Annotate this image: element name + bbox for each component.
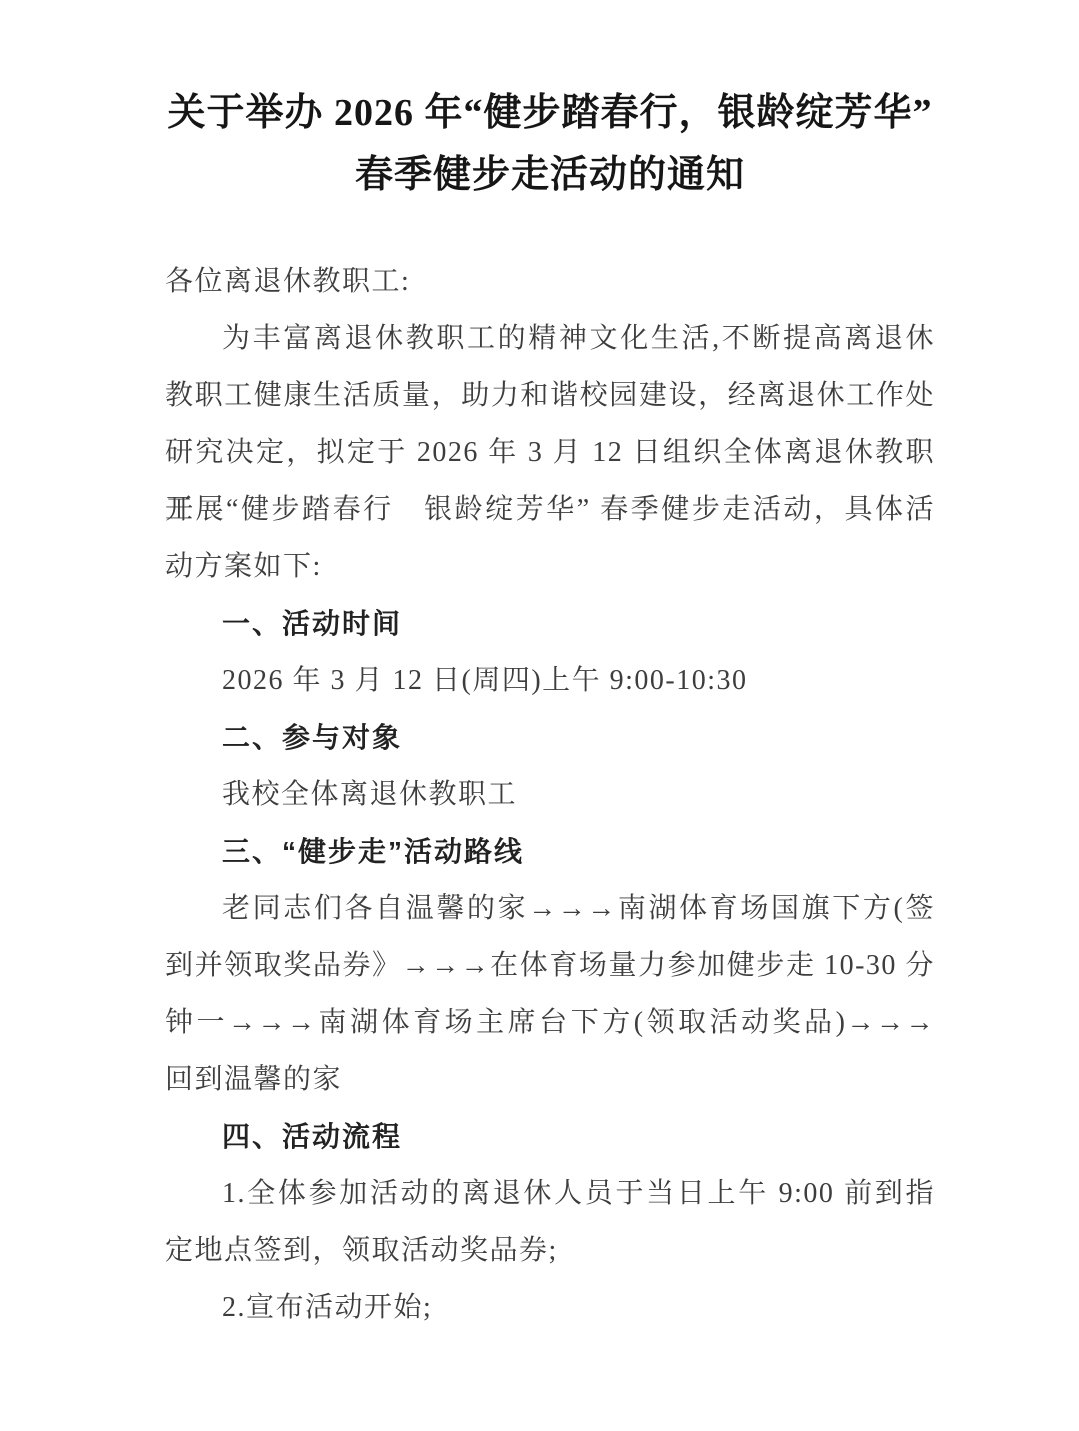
document-body: 各位离退休教职工:为丰富离退休教职工的精神文化生活,不断提高离退休教职工健康生活… [165, 253, 935, 1336]
section-heading: 四、活动流程 [165, 1108, 935, 1165]
text-line: 教职工健康生活质量，助力和谐校园建设，经离退休工作处 [165, 367, 935, 424]
text-line: 1.全体参加活动的离退休人员于当日上午 9:00 前到指 [165, 1165, 935, 1222]
text-line: 2026 年 3 月 12 日(周四)上午 9:00-10:30 [165, 652, 935, 709]
text-line: 钟一→→→南湖体育场主席台下方(领取活动奖品)→→→ [165, 994, 935, 1051]
section-heading: 二、参与对象 [165, 709, 935, 766]
text-line: 定地点签到，领取活动奖品券; [165, 1222, 935, 1279]
text-line: 2.宣布活动开始; [165, 1279, 935, 1336]
section-heading: 一、活动时间 [165, 595, 935, 652]
text-line: 研究决定，拟定于 2026 年 3 月 12 日组织全体离退休教职工 [165, 424, 935, 481]
text-line: 我校全体离退休教职工 [165, 766, 935, 823]
document-title-line-2: 春季健步走活动的通知 [165, 144, 935, 206]
document-title-line-1: 关于举办 2026 年“健步踏春行，银龄绽芳华” [165, 82, 935, 144]
text-line: 开展“健步踏春行 银龄绽芳华” 春季健步走活动，具体活 [165, 481, 935, 538]
document-page: 关于举办 2026 年“健步踏春行，银龄绽芳华” 春季健步走活动的通知 各位离退… [0, 0, 1079, 1431]
section-heading: 三、“健步走”活动路线 [165, 823, 935, 880]
document-title: 关于举办 2026 年“健步踏春行，银龄绽芳华” 春季健步走活动的通知 [165, 82, 935, 206]
text-line: 为丰富离退休教职工的精神文化生活,不断提高离退休 [165, 310, 935, 367]
text-line: 动方案如下: [165, 538, 935, 595]
text-line: 老同志们各自温馨的家→→→南湖体育场国旗下方(签 [165, 880, 935, 937]
text-line: 到并领取奖品券》→→→在体育场量力参加健步走 10-30 分 [165, 937, 935, 994]
text-line: 回到温馨的家 [165, 1051, 935, 1108]
text-line: 各位离退休教职工: [165, 253, 935, 310]
